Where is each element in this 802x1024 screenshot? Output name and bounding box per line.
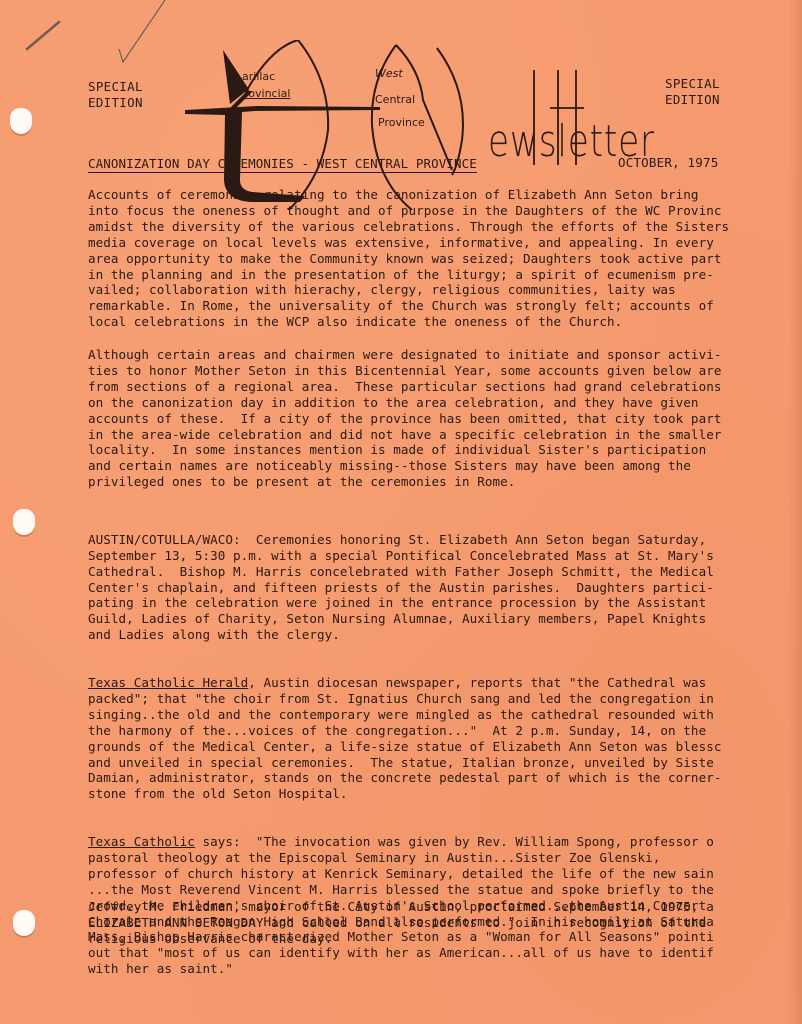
special-edition-right: SPECIAL EDITION: [665, 76, 720, 108]
newsletter-page: SPECIAL EDITION SPECIAL EDITION arillac …: [0, 0, 802, 1024]
publication-title: Texas Catholic: [88, 834, 195, 849]
paragraph-intro: Accounts of ceremonies relating to the c…: [88, 187, 768, 330]
page-edge-shadow: [788, 0, 802, 1024]
punch-hole-middle: [13, 509, 35, 535]
logo-text-provincial: rovincial: [244, 88, 290, 100]
herald-report: Texas Catholic Herald, Austin diocesan n…: [88, 675, 768, 802]
herald-text: , Austin diocesan newspaper, reports tha…: [88, 675, 721, 801]
headline: CANONIZATION DAY CEREMONIES - WEST CENTR…: [88, 156, 477, 173]
paragraph-areas: Although certain areas and chairmen were…: [88, 347, 768, 490]
publication-title: Texas Catholic Herald: [88, 675, 248, 690]
austin-intro: AUSTIN/COTULLA/WACO: Ceremonies honoring…: [88, 532, 768, 643]
pencil-marks: [0, 0, 200, 80]
logo-text-province: Province: [378, 117, 425, 129]
paragraph-mayor: Jeffrey M. Friedman, mayor of the City o…: [88, 899, 768, 947]
edition-line: EDITION: [88, 95, 143, 111]
edition-line: SPECIAL: [665, 76, 720, 92]
punch-hole-bottom: [13, 910, 35, 936]
logo-text-central: Central: [375, 94, 415, 106]
edition-line: SPECIAL: [88, 79, 143, 95]
punch-hole-top: [10, 108, 32, 134]
issue-date: OCTOBER, 1975: [618, 155, 718, 170]
logo-text-marillac: arillac: [242, 71, 275, 83]
special-edition-left: SPECIAL EDITION: [88, 79, 143, 111]
edition-line: EDITION: [665, 92, 720, 108]
logo-text-west: West: [375, 68, 403, 80]
